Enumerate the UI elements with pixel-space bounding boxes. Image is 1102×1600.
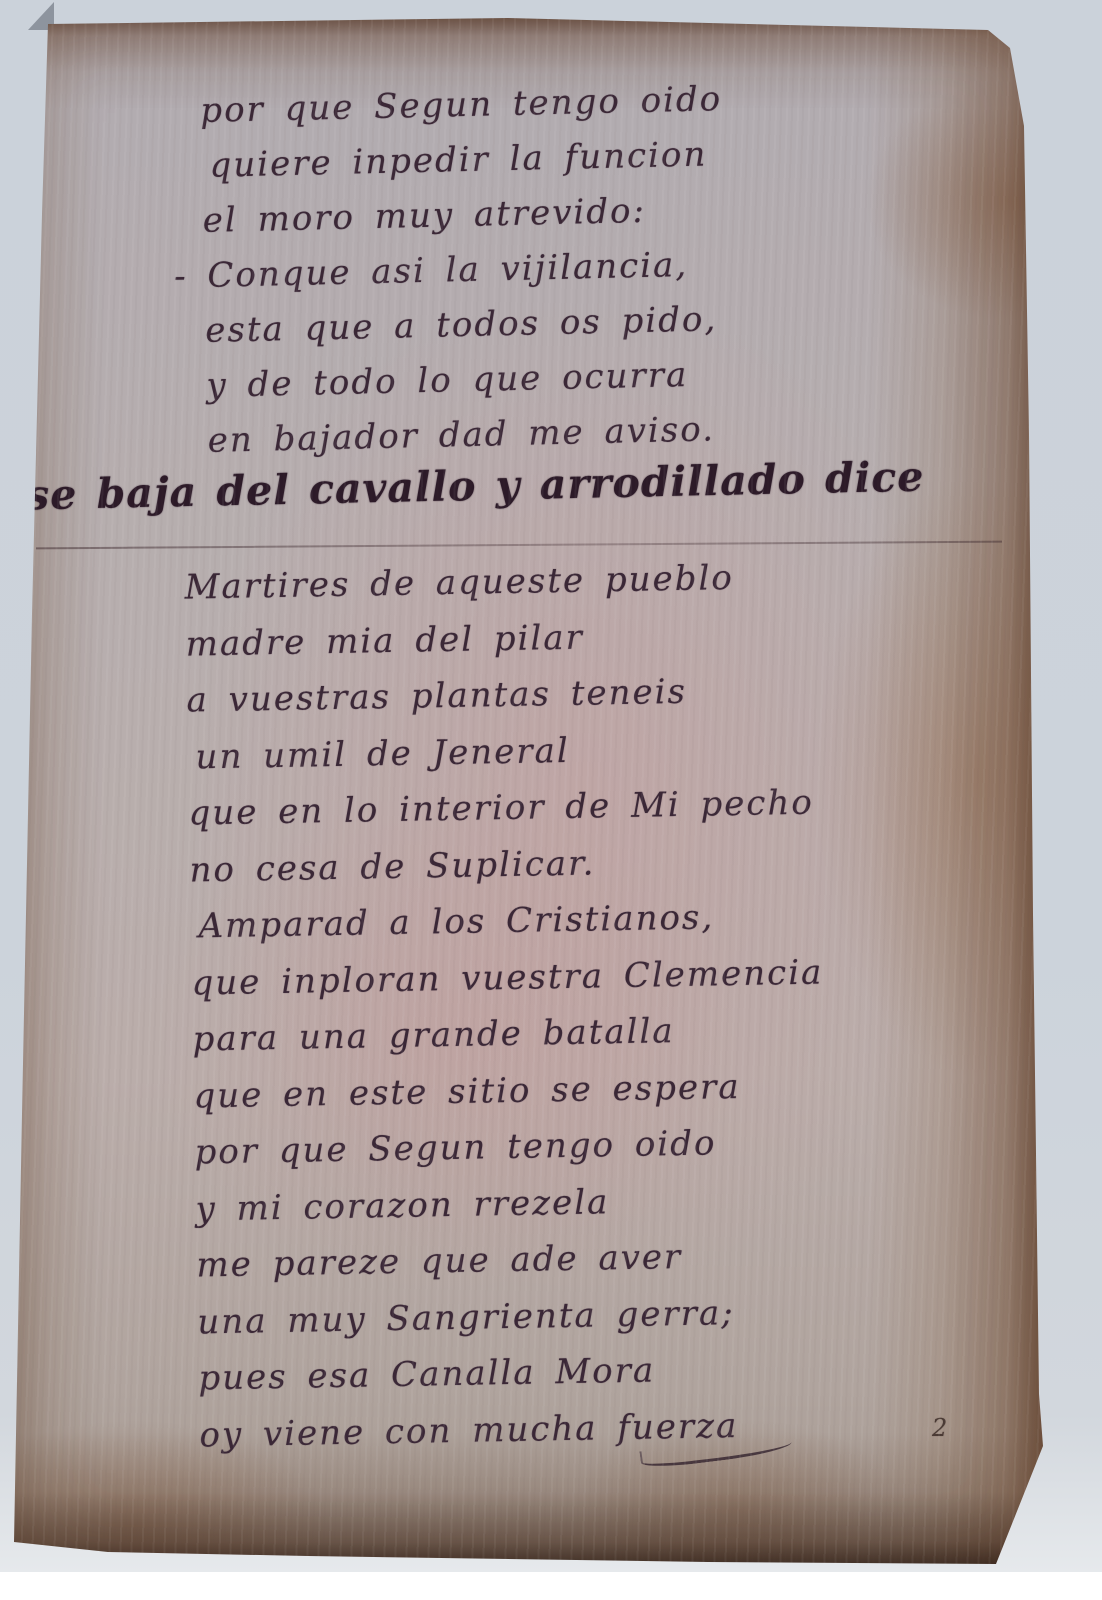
verse-line: quiere inpedir la funcion <box>209 127 724 194</box>
verse-line: una muy Sangrienta gerra; <box>197 1283 830 1351</box>
verse-line: que en este sitio se espera <box>193 1057 826 1125</box>
ruled-line <box>36 541 1002 550</box>
manuscript-page: por que Segun tengo oido quiere inpedir … <box>8 14 1050 1572</box>
verse-line: Martires de aqueste pueblo <box>184 549 817 617</box>
scanned-manuscript-photo: por que Segun tengo oido quiere inpedir … <box>0 0 1102 1600</box>
verse-line: que en lo interior de Mi pecho <box>188 775 821 843</box>
stage-direction: se baja del cavallo y arrodillado dice <box>26 453 925 520</box>
stanza-2: Martires de aqueste pueblo madre mia del… <box>184 549 832 1464</box>
stanza-1: por que Segun tengo oido quiere inpedir … <box>200 72 731 469</box>
page-number: 2 <box>932 1414 947 1442</box>
verse-line: que inploran vuestra Clemencia <box>191 944 824 1012</box>
